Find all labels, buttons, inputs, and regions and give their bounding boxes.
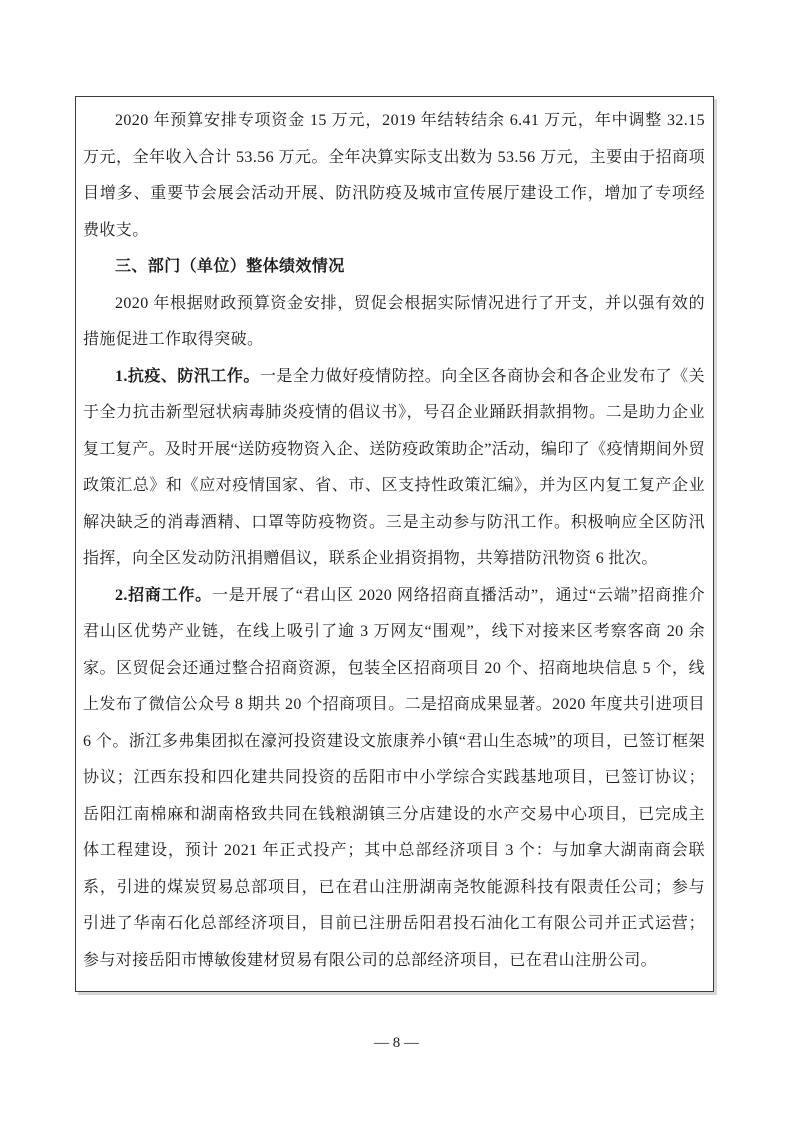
body-paragraph: 1.抗疫、防汛工作。一是全力做好疫情防控。向全区各商协会和各企业发布了《关于全力…: [83, 359, 705, 578]
text-run: 一是全力做好疫情防控。向全区各商协会和各企业发布了《关于全力抗击新型冠状病毒肺炎…: [83, 368, 705, 568]
body-paragraph: 2020 年根据财政预算资金安排，贸促会根据实际情况进行了开支，并以强有效的措施…: [83, 286, 705, 359]
text-run: 一是开展了“君山区 2020 网络招商直播活动”，通过“云端”招商推介君山区优势…: [83, 587, 705, 969]
bold-text-run: 2.招商工作。: [115, 587, 212, 604]
page-number: — 8 —: [374, 1035, 419, 1051]
text-run: 2020 年根据财政预算资金安排，贸促会根据实际情况进行了开支，并以强有效的措施…: [83, 295, 705, 349]
text-run: 2020 年预算安排专项资金 15 万元，2019 年结转结余 6.41 万元，…: [83, 112, 705, 239]
content-border-box: 2020 年预算安排专项资金 15 万元，2019 年结转结余 6.41 万元，…: [75, 96, 714, 992]
body-paragraph: 2.招商工作。一是开展了“君山区 2020 网络招商直播活动”，通过“云端”招商…: [83, 578, 705, 980]
body-paragraph: 2020 年预算安排专项资金 15 万元，2019 年结转结余 6.41 万元，…: [83, 103, 705, 249]
bold-text-run: 1.抗疫、防汛工作。: [115, 368, 260, 385]
bold-text-run: 三、部门（单位）整体绩效情况: [115, 258, 345, 275]
page-footer: — 8 —: [0, 1032, 793, 1054]
section-heading: 三、部门（单位）整体绩效情况: [83, 249, 705, 286]
document-page: 2020 年预算安排专项资金 15 万元，2019 年结转结余 6.41 万元，…: [0, 0, 793, 1122]
